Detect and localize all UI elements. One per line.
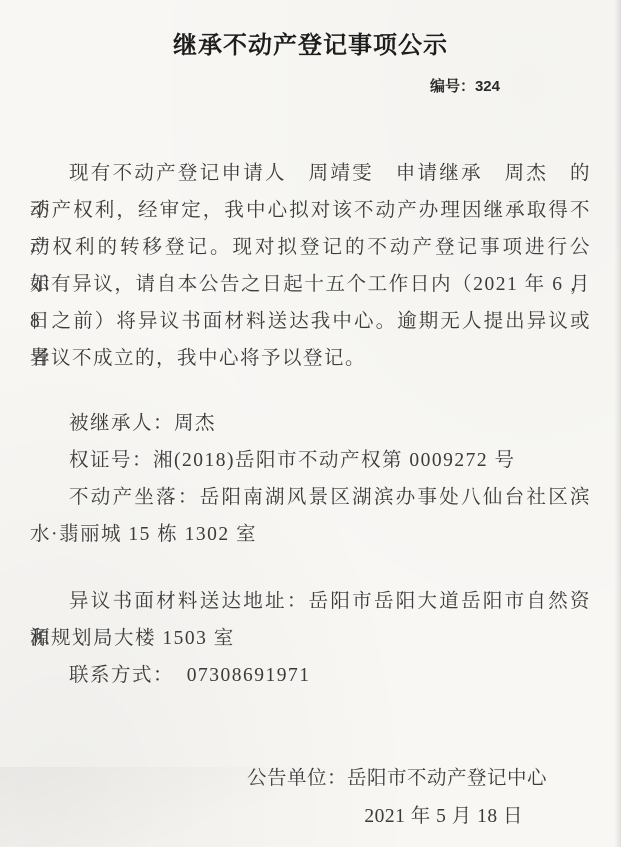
scanned-notice-page: 继承不动产登记事项公示 编号：324 现有不动产登记申请人 周靖雯 申请继承 周… [0, 0, 621, 847]
registration-details: 被继承人：周杰 权证号：湘(2018)岳阳市不动产权第 0009272 号 不动… [30, 405, 591, 553]
body-line: 现有不动产登记申请人 周靖雯 申请继承 周杰 的不 [30, 155, 591, 192]
property-location-line: 不动产坐落：岳阳南湖风景区湖滨办事处八仙台社区滨 [30, 479, 591, 516]
property-location-line: 水·翡丽城 15 栋 1302 室 [30, 516, 591, 553]
contact-phone-line: 联系方式： 07308691971 [30, 657, 591, 694]
issuing-unit: 公告单位：岳阳市不动产登记中心 [30, 760, 591, 798]
certificate-no-line: 权证号：湘(2018)岳阳市不动产权第 0009272 号 [30, 442, 591, 479]
body-line: 异议不成立的，我中心将予以登记。 [30, 340, 591, 377]
body-line: 产权利的转移登记。现对拟登记的不动产登记事项进行公示， [30, 229, 591, 266]
main-paragraph: 现有不动产登记申请人 周靖雯 申请继承 周杰 的不 动产权利，经审定，我中心拟对… [30, 155, 591, 377]
issue-date: 2021 年 5 月 18 日 [30, 798, 591, 835]
delivery-address-line: 和规划局大楼 1503 室 [30, 620, 591, 657]
delivery-address-line: 异议书面材料送达地址：岳阳市岳阳大道岳阳市自然资源 [30, 583, 591, 620]
body-line: 动产权利，经审定，我中心拟对该不动产办理因继承取得不动 [30, 192, 591, 229]
body-line: 日之前）将异议书面材料送达我中心。逾期无人提出异议或者 [30, 303, 591, 340]
serial-number: 编号：324 [0, 76, 621, 98]
scan-edge-artifact [614, 0, 621, 847]
decedent-line: 被继承人：周杰 [30, 405, 591, 442]
document-title: 继承不动产登记事项公示 [30, 26, 591, 66]
objection-delivery-info: 异议书面材料送达地址：岳阳市岳阳大道岳阳市自然资源 和规划局大楼 1503 室 … [30, 583, 591, 694]
document-content: 现有不动产登记申请人 周靖雯 申请继承 周杰 的不 动产权利，经审定，我中心拟对… [30, 155, 591, 835]
body-line: 如有异议，请自本公告之日起十五个工作日内（2021 年 6 月 8 [30, 266, 591, 303]
signature-block: 公告单位：岳阳市不动产登记中心 2021 年 5 月 18 日 [30, 760, 591, 835]
